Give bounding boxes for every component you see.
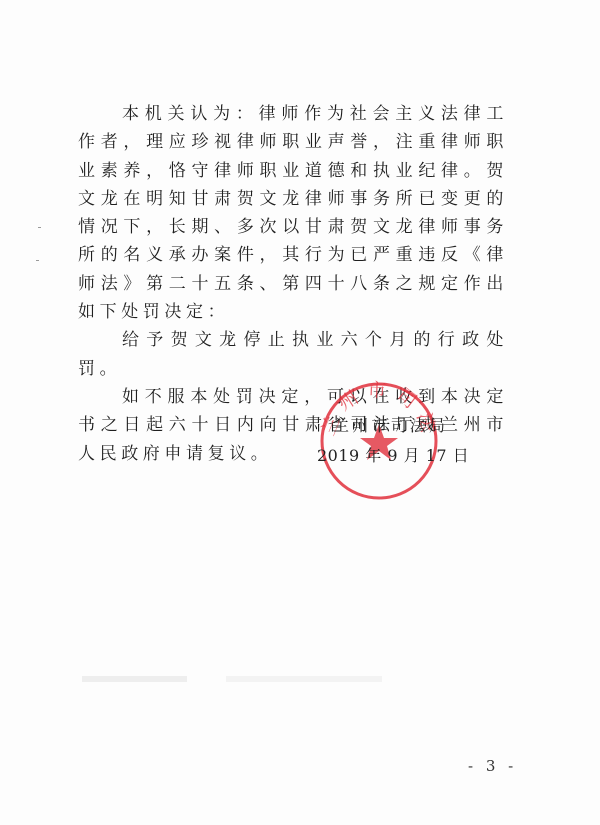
bleed-through-mark xyxy=(82,676,382,682)
paragraph-finding: 本机关认为：律师作为社会主义法律工作者，理应珍视律师职业声誉，注重律师职业素养，… xyxy=(78,100,508,326)
page-number: - 3 - xyxy=(468,757,517,775)
scan-mark xyxy=(36,260,39,261)
official-seal-icon: 兰州市司法局 xyxy=(318,380,440,502)
document-page: 本机关认为：律师作为社会主义法律工作者，理应珍视律师职业声誉，注重律师职业素养，… xyxy=(0,0,600,825)
issue-date: 2019 年 9 月 17 日 xyxy=(317,443,469,466)
issuing-authority: 兰州市司法局 xyxy=(333,413,448,436)
signature-block: 兰州市司法局 兰州市司法局 2019 年 9 月 17 日 xyxy=(300,370,480,510)
scan-mark xyxy=(38,227,41,228)
